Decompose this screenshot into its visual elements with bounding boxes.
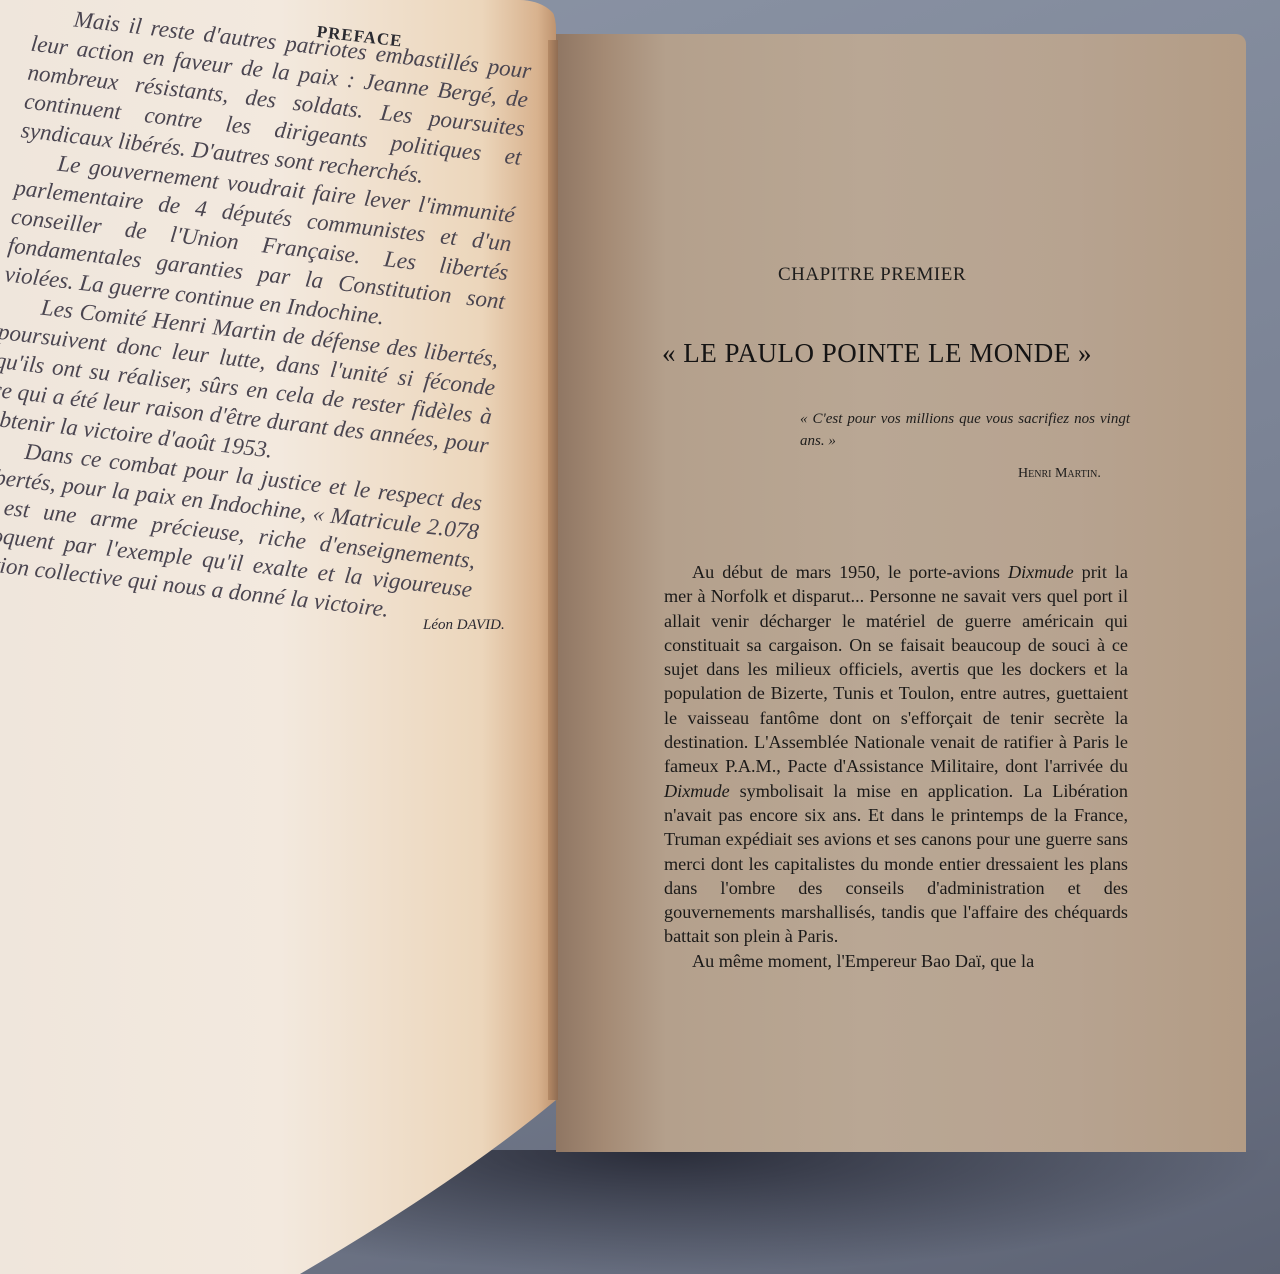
chapter-title: « LE PAULO POINTE LE MONDE » bbox=[662, 338, 1092, 369]
ship-name: Dixmude bbox=[664, 781, 730, 801]
text-run: Au début de mars 1950, le porte-avions bbox=[692, 562, 1008, 582]
body-paragraph: Au même moment, l'Empereur Bao Daï, que … bbox=[664, 949, 1128, 973]
text-run: prit la mer à Norfolk et disparut... Per… bbox=[664, 562, 1128, 776]
epigraph-author: Henri Martin. bbox=[1018, 466, 1101, 482]
ship-name: Dixmude bbox=[1008, 562, 1074, 582]
preface-text: Mais il reste d'autres patriotes embasti… bbox=[0, 0, 533, 633]
chapter-body: Au début de mars 1950, le porte-avions D… bbox=[664, 560, 1128, 973]
body-paragraph: Au début de mars 1950, le porte-avions D… bbox=[664, 560, 1128, 949]
text-run: symbolisait la mise en application. La L… bbox=[664, 781, 1128, 947]
chapter-label: CHAPITRE PREMIER bbox=[778, 264, 966, 286]
book-photo: PREFACE Mais il reste d'autres patriotes… bbox=[0, 0, 1280, 1274]
epigraph: « C'est pour vos millions que vous sacri… bbox=[800, 408, 1130, 452]
preface-signature: Léon DAVID. bbox=[423, 617, 505, 634]
book-spine bbox=[548, 40, 558, 1100]
